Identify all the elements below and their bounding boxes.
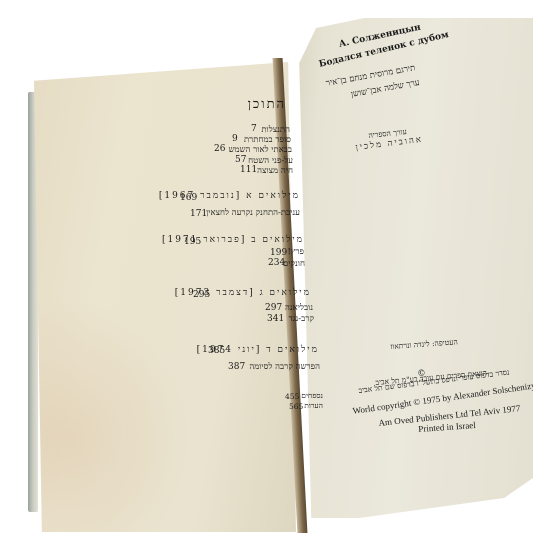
toc-section-page: 195	[184, 237, 201, 247]
toc-section-page: 385	[208, 346, 225, 356]
toc-entry-page: 57	[235, 155, 246, 165]
toc-section-page: 295	[193, 290, 210, 300]
toc-entry-page: 7	[251, 124, 257, 134]
toc-entry-page: 111	[240, 165, 257, 175]
right-page-credits	[292, 18, 533, 518]
toc-entry-title: נספחים	[301, 391, 323, 400]
toc-entry-page: 455	[285, 392, 299, 401]
toc-entry-title: פרץ!	[288, 246, 304, 257]
toc-entry-title: נובליאנה	[285, 302, 313, 313]
toc-entry-page: 199	[270, 248, 287, 258]
toc-entry-page: 9	[232, 134, 238, 144]
toc-entry-page: 171	[190, 209, 207, 219]
toc-section-page: 169	[180, 193, 197, 203]
toc-entry-title: קרב-נגד	[289, 313, 314, 324]
toc-entry-title: הפרשה קרבה לסיומה	[249, 361, 320, 372]
toc-entry-page: 341	[267, 314, 284, 324]
toc-entry-page: 565	[289, 402, 303, 411]
toc-entry-page: 387	[228, 362, 245, 372]
toc-title: התוכן	[248, 96, 286, 112]
toc-entry-title: חונקים	[283, 258, 305, 269]
open-book-photo: התוכן התנצלות 7 סופר במחתרת 9 בבאתי לאור…	[0, 0, 533, 533]
toc-entry-title: עניבת-התחנק נקרעה לחצאין	[206, 207, 300, 218]
toc-entry-page: 234	[268, 258, 285, 268]
toc-entry-title: הערות	[304, 401, 323, 410]
toc-entry-title: בבאתי לאור השמש	[228, 144, 292, 155]
toc-entry-title: חיה מצוצה	[257, 165, 293, 176]
toc-entry-page: 26	[214, 144, 225, 154]
toc-entry-page: 297	[265, 303, 282, 313]
